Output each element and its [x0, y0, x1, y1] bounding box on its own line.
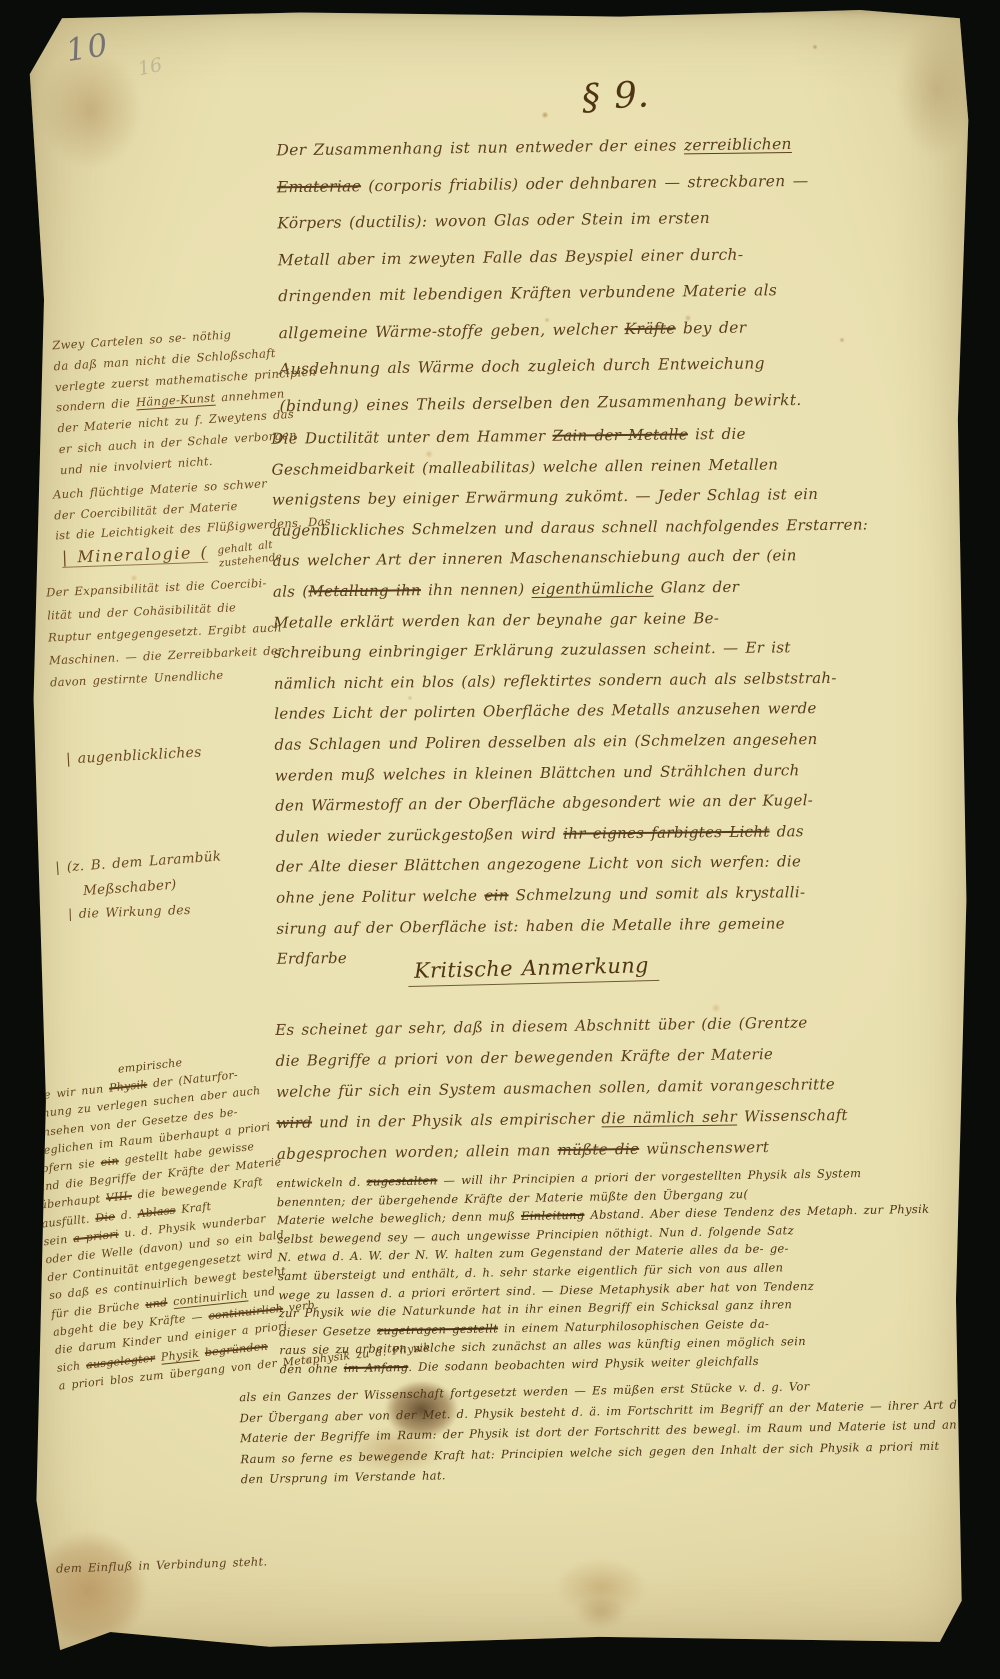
critical-note-paragraph: Es scheinet gar sehr, daß in diesem Absc…	[275, 1005, 989, 1170]
final-bottom-left-line: dem Einfluß in Verbindung steht.	[56, 1554, 268, 1575]
critical-note-heading: Kritische Anmerkung	[408, 953, 659, 983]
photograph-background: 10 16 § 9. Der Zusammenhang ist nun entw…	[0, 0, 1000, 1679]
bottom-overflow-lines: als ein Ganzes der Wissenschaft fortgese…	[239, 1373, 993, 1490]
margin-note-example: | (z. B. dem LarambükMeßschaber)	[55, 840, 288, 906]
mineralogie-label: | Mineralogie (	[62, 543, 209, 568]
stain-bottom-left-corner	[14, 1515, 164, 1665]
margin-note-wirkung: | die Wirkung des	[68, 902, 191, 921]
main-paragraph-1: Der Zusammenhang ist nun entweder der ei…	[276, 124, 986, 425]
margin-note-mineralogie: | Mineralogie ( gehalt altzustehende	[62, 540, 283, 574]
margin-note-bottom-apriori: empirischeEhe wir nun Physik der (Naturf…	[26, 1043, 317, 1396]
margin-note-1: Zwey Cartelen so se- nöthigda daß man ni…	[52, 321, 300, 481]
pencil-scribble-trace: 16	[136, 54, 164, 81]
handwriting-line: | augenblickliches	[66, 744, 202, 767]
mineralogie-side-note: gehalt altzustehende	[217, 538, 283, 571]
margin-note-2: Auch flüchtige Materie so schwerder Coer…	[53, 472, 306, 546]
pencil-page-number: 10	[63, 27, 112, 69]
handwriting-line: | die Wirkung des	[68, 902, 191, 921]
margin-note-expansibility: Der Expansibilität ist die Coercibi-litä…	[46, 571, 301, 694]
critical-note-heading-text: Kritische Anmerkung	[408, 953, 659, 987]
section-heading: § 9.	[581, 74, 650, 118]
stain-bottom-center	[541, 1550, 661, 1625]
main-paragraph-2: Die Ductilität unter dem Hammer Zain der…	[271, 416, 989, 974]
manuscript-page: 10 16 § 9. Der Zusammenhang ist nun entw…	[26, 10, 974, 1655]
margin-note-augenblickliches: | augenblickliches	[66, 744, 202, 767]
stain-bottom-center-small	[566, 1590, 636, 1635]
